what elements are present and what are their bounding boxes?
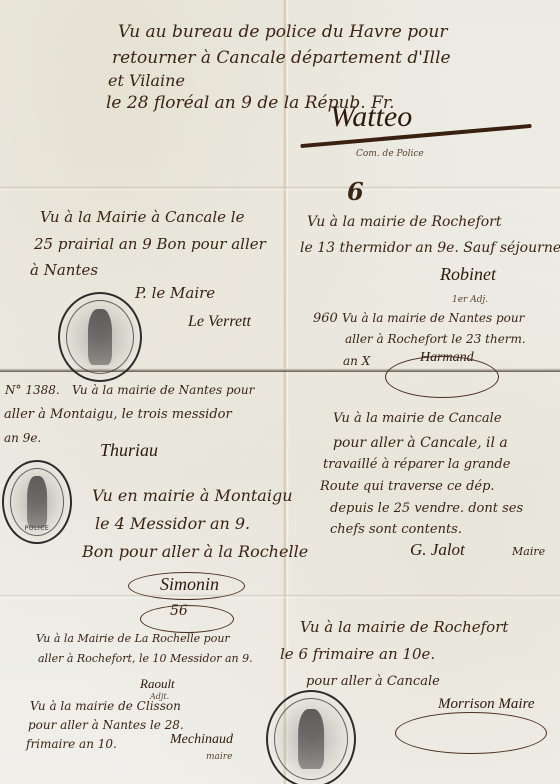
mairie-rochefort-stamp xyxy=(266,690,356,784)
left-upper-line-1: Vu à la Mairie à Cancale le xyxy=(40,210,245,225)
right-middle-line-3: travaillé à réparer la grande xyxy=(323,458,510,471)
right-upper-line-1: Vu à la mairie de Rochefort xyxy=(307,215,502,229)
number-flourish xyxy=(140,605,234,633)
left-middle2-line-2: le 4 Messidor an 9. xyxy=(95,516,250,532)
left-lower2-signature-title: maire xyxy=(206,753,232,762)
right-upper2-line-3: an X xyxy=(343,355,370,367)
top-line-3: et Vilaine xyxy=(108,73,185,89)
top-line-2: retourner à Cancale département d'Ille xyxy=(112,50,451,67)
stamp-police-text: POLICE xyxy=(4,525,70,532)
right-lower-line-3: pour aller à Cancale xyxy=(306,675,440,688)
left-middle-line-3: an 9e. xyxy=(4,432,41,444)
document-page: Vu au bureau de police du Havre pour ret… xyxy=(0,0,560,784)
left-lower2-line-1: Vu à la mairie de Clisson xyxy=(30,700,181,712)
top-line-1: Vu au bureau de police du Havre pour xyxy=(118,24,447,41)
top-signature: Watteo xyxy=(330,100,412,134)
right-lower-line-1: Vu à la mairie de Rochefort xyxy=(300,620,508,635)
signature-flourish xyxy=(385,356,499,398)
stamp-figure-icon xyxy=(298,709,324,769)
left-lower-line-1: Vu à la Mairie de La Rochelle pour xyxy=(36,633,230,644)
left-lower-line-2: aller à Rochefort, le 10 Messidor an 9. xyxy=(38,653,253,664)
mairie-nantes-police-stamp: POLICE xyxy=(2,460,72,544)
signature-flourish xyxy=(395,712,547,754)
right-middle-line-1: Vu à la mairie de Cancale xyxy=(333,412,502,425)
right-middle-line-5: depuis le 25 vendre. dont ses xyxy=(330,502,523,515)
right-middle-line-4: Route qui traverse ce dép. xyxy=(320,480,495,493)
right-lower-line-2: le 6 frimaire an 10e. xyxy=(280,647,435,662)
right-middle-signature-title: Maire xyxy=(512,546,545,557)
left-lower2-line-3: frimaire an 10. xyxy=(26,738,117,750)
left-middle-number: N° 1388. xyxy=(5,384,60,396)
right-middle-line-6: chefs sont contents. xyxy=(330,523,462,536)
lower-fold-line xyxy=(0,594,560,599)
left-middle2-line-1: Vu en mairie à Montaigu xyxy=(92,488,293,504)
left-lower2-signature: Mechinaud xyxy=(170,732,233,748)
left-middle-line-2: aller à Montaigu, le trois messidor xyxy=(4,408,232,421)
right-middle-signature: G. Jalot xyxy=(410,540,465,560)
ink-mark: 6 xyxy=(347,180,364,204)
right-upper2-line-2: aller à Rochefort le 23 therm. xyxy=(345,333,526,345)
left-upper-signature: Le Verrett xyxy=(188,313,251,331)
right-upper2-number: 960 xyxy=(313,312,338,325)
stamp-figure-icon xyxy=(27,476,47,527)
top-under-signature: Com. de Police xyxy=(356,150,424,159)
left-upper-line-3: à Nantes xyxy=(30,263,98,278)
right-upper-signature-title: 1er Adj. xyxy=(452,296,488,305)
right-lower-signature: Morrison Maire xyxy=(438,696,535,713)
right-upper-line-2: le 13 thermidor an 9e. Sauf séjourner xyxy=(300,241,560,255)
left-middle-line-1: Vu à la mairie de Nantes pour xyxy=(72,384,254,396)
vertical-fold-line xyxy=(283,0,289,784)
left-upper-line-2: 25 prairial an 9 Bon pour aller xyxy=(34,237,266,252)
signature-flourish xyxy=(128,572,245,600)
left-middle-signature: Thuriau xyxy=(100,440,158,461)
right-upper-signature: Robinet xyxy=(440,264,496,285)
left-lower2-line-2: pour aller à Nantes le 28. xyxy=(28,719,184,731)
left-middle2-line-3: Bon pour aller à la Rochelle xyxy=(82,544,308,560)
stamp-figure-icon xyxy=(88,309,112,364)
right-middle-line-2: pour aller à Cancale, il a xyxy=(333,436,508,450)
left-upper-title: P. le Maire xyxy=(135,286,215,301)
right-upper2-line-1: Vu à la mairie de Nantes pour xyxy=(342,312,524,324)
left-lower-signature: Raoult xyxy=(140,676,175,692)
mairie-cancale-stamp xyxy=(58,292,142,382)
upper-fold-line xyxy=(0,186,560,191)
